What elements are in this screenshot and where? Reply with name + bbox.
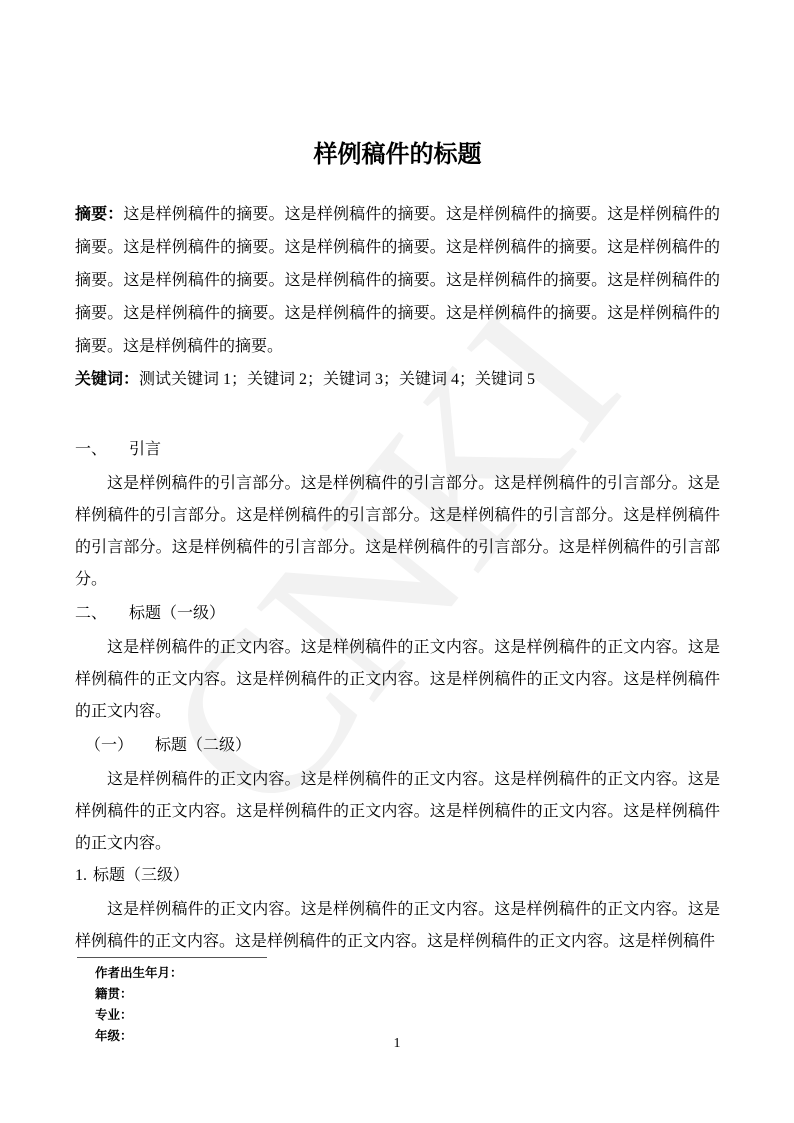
section-label: 标题（三级）: [93, 867, 189, 884]
abstract-label: 摘要：: [75, 206, 123, 223]
section-label: 标题（一级）: [129, 605, 225, 622]
keywords-text: 测试关键词 1；关键词 2；关键词 3；关键词 4；关键词 5: [139, 371, 535, 388]
abstract-text: 这是样例稿件的摘要。这是样例稿件的摘要。这是样例稿件的摘要。这是样例稿件的摘要。…: [75, 206, 720, 355]
document-content: 样例稿件的标题 摘要：这是样例稿件的摘要。这是样例稿件的摘要。这是样例稿件的摘要…: [75, 0, 720, 958]
abstract-paragraph: 摘要：这是样例稿件的摘要。这是样例稿件的摘要。这是样例稿件的摘要。这是样例稿件的…: [75, 198, 720, 363]
keywords-paragraph: 关键词：测试关键词 1；关键词 2；关键词 3；关键词 4；关键词 5: [75, 363, 720, 396]
footnote-divider: [77, 957, 267, 958]
footnote-major: 专业：: [95, 1005, 267, 1026]
body-paragraph: 这是样例稿件的正文内容。这是样例稿件的正文内容。这是样例稿件的正文内容。这是样例…: [75, 894, 720, 958]
footnote-native-place: 籍贯：: [95, 984, 267, 1005]
page-title: 样例稿件的标题: [75, 142, 720, 168]
section-label: 引言: [129, 441, 161, 458]
section-heading-level1-intro: 一、引言: [75, 436, 720, 464]
section-heading-level2: （一）标题（二级）: [75, 732, 720, 760]
footnote-block: 作者出生年月： 籍贯： 专业： 年级：: [77, 957, 267, 1047]
section-number: 1.: [75, 862, 87, 890]
footnote-lines: 作者出生年月： 籍贯： 专业： 年级：: [95, 963, 267, 1047]
body-paragraph: 这是样例稿件的正文内容。这是样例稿件的正文内容。这是样例稿件的正文内容。这是样例…: [75, 632, 720, 728]
section-number: 一、: [75, 436, 107, 464]
section-heading-level3: 1.标题（三级）: [75, 862, 720, 890]
footnote-author-birth: 作者出生年月：: [95, 963, 267, 984]
intro-paragraph: 这是样例稿件的引言部分。这是样例稿件的引言部分。这是样例稿件的引言部分。这是样例…: [75, 468, 720, 596]
section-number: （一）: [85, 732, 133, 760]
body-paragraph: 这是样例稿件的正文内容。这是样例稿件的正文内容。这是样例稿件的正文内容。这是样例…: [75, 764, 720, 860]
document-page: CNKI 样例稿件的标题 摘要：这是样例稿件的摘要。这是样例稿件的摘要。这是样例…: [0, 0, 794, 1123]
keywords-label: 关键词：: [75, 371, 139, 388]
page-number: 1: [0, 1036, 794, 1052]
section-label: 标题（二级）: [155, 737, 251, 754]
section-heading-level1: 二、标题（一级）: [75, 600, 720, 628]
section-number: 二、: [75, 600, 107, 628]
